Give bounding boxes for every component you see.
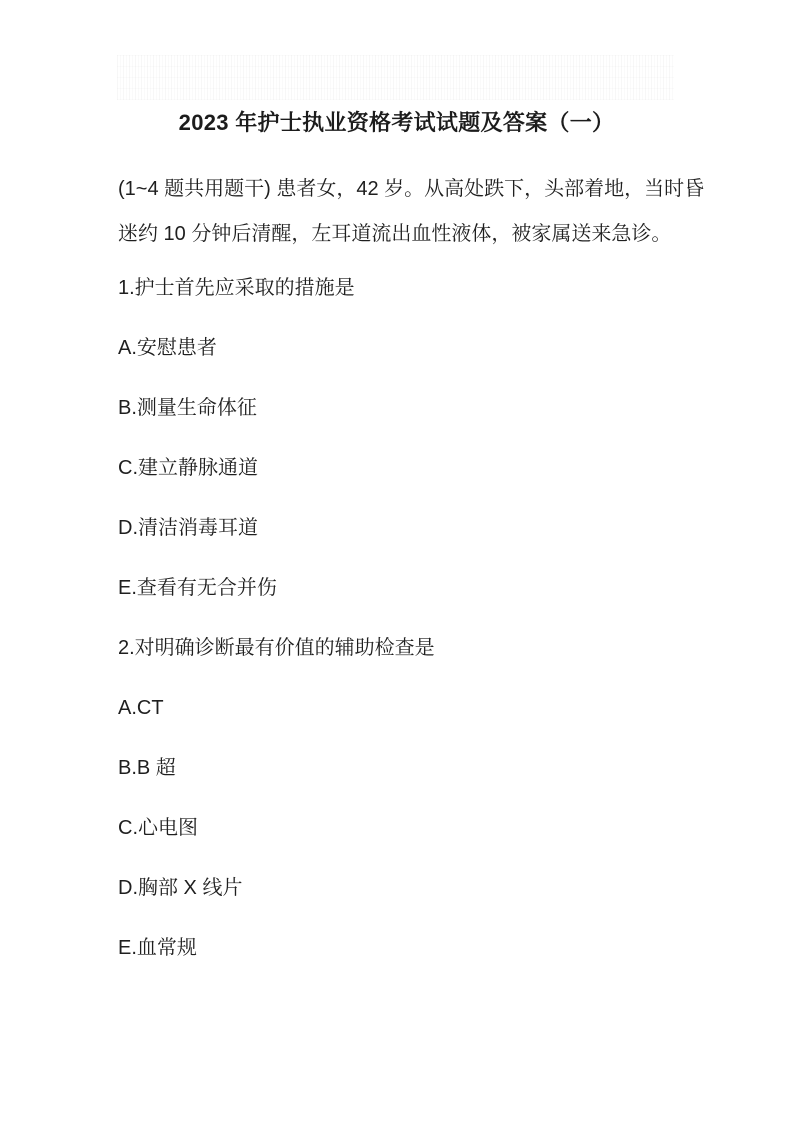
question-2-option-a: A.CT (118, 686, 675, 731)
question-2-text: 2.对明确诊断最有价值的辅助检查是 (118, 626, 675, 671)
question-1-option-b: B.测量生命体征 (118, 386, 675, 431)
case-stem-line-1: (1~4 题共用题干) 患者女，42 岁。从高处跌下，头部着地，当时昏 (118, 167, 675, 212)
question-1-option-c: C.建立静脉通道 (118, 446, 675, 491)
document-page: 2023 年护士执业资格考试试题及答案（一） (1~4 题共用题干) 患者女，4… (0, 0, 793, 1122)
question-2-option-d: D.胸部 X 线片 (118, 866, 675, 911)
question-2-option-c: C.心电图 (118, 806, 675, 851)
case-stem: (1~4 题共用题干) 患者女，42 岁。从高处跌下，头部着地，当时昏 迷约 1… (118, 167, 675, 257)
question-1-option-e: E.查看有无合并伤 (118, 566, 675, 611)
document-content: 2023 年护士执业资格考试试题及答案（一） (1~4 题共用题干) 患者女，4… (118, 0, 675, 971)
question-2-option-b: B.B 超 (118, 746, 675, 791)
page-title: 2023 年护士执业资格考试试题及答案（一） (118, 108, 675, 138)
case-stem-line-2: 迷约 10 分钟后清醒，左耳道流出血性液体，被家属送来急诊。 (118, 212, 675, 257)
question-1-option-d: D.清洁消毒耳道 (118, 506, 675, 551)
question-2-option-e: E.血常规 (118, 926, 675, 971)
question-1-option-a: A.安慰患者 (118, 326, 675, 371)
question-1-text: 1.护士首先应采取的措施是 (118, 266, 675, 311)
